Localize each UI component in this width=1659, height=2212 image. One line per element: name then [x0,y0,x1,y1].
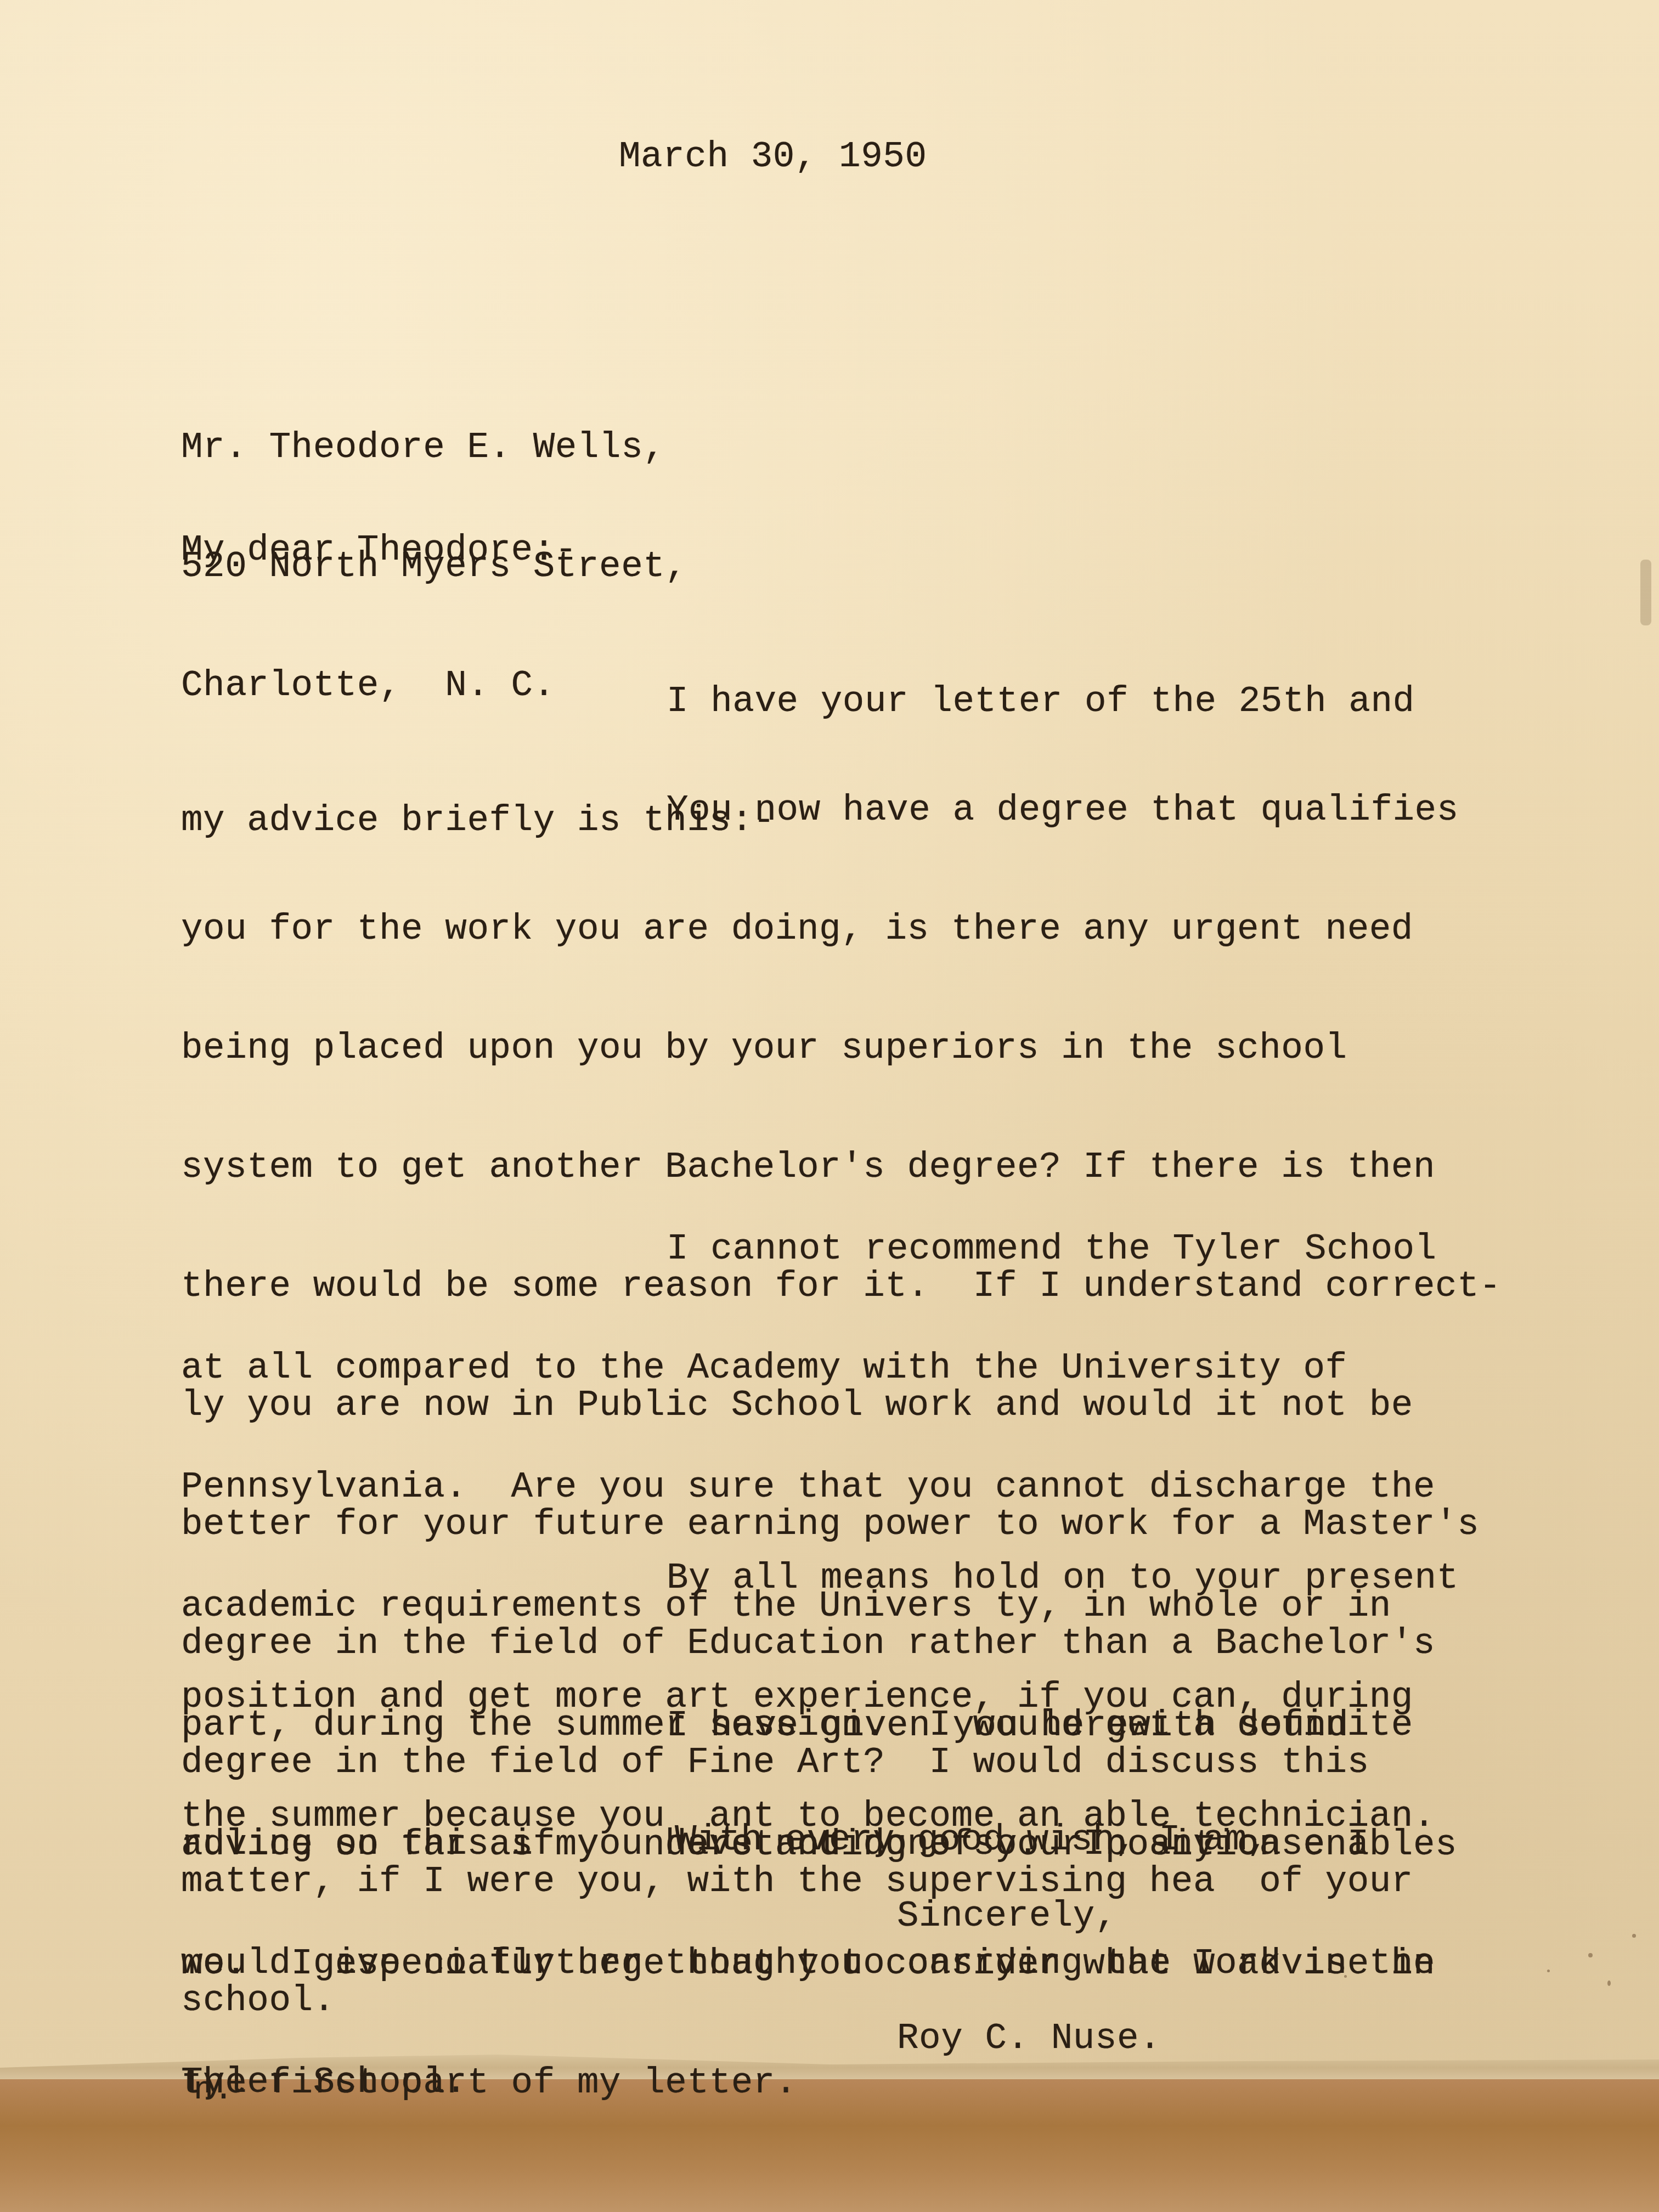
salutation: My dear Theodore:- [181,529,577,571]
typist-initial: n. [194,2072,234,2109]
paper-speck [1632,1934,1636,1938]
letter-date: March 30, 1950 [619,136,927,177]
signature: Roy C. Nuse. [897,2018,1161,2059]
paragraph-5: I have given you herewith sound advice s… [181,1625,1457,2142]
paper-speck [1588,1953,1593,1957]
paper-speck [1640,560,1651,625]
paragraph-line: I cannot recommend the Tyler School [181,1231,1437,1267]
paragraph-line: By all means hold on to your present [181,1560,1459,1596]
paragraph-line: me. I especially urge that you consider … [181,1945,1457,1982]
paper-speck [1547,1970,1550,1972]
paragraph-line: you for the work you are doing, is there… [181,911,1501,947]
paragraph-line: at all compared to the Academy with the … [181,1350,1437,1386]
recipient-name: Mr. Theodore E. Wells, [181,429,687,466]
paragraph-line: the first part of my letter. [181,2064,1457,2101]
closing-line: With every good wish, I am, [675,1819,1269,1860]
paper-speck [1344,1975,1347,1978]
paragraph-line: being placed upon you by your superiors … [181,1030,1501,1066]
complimentary-close: Sincerely, [897,1895,1117,1937]
paragraph-line: I have given you herewith sound [181,1707,1457,1744]
paper-speck [1607,1980,1611,1986]
paragraph-line: You now have a degree that qualifies [181,792,1501,828]
